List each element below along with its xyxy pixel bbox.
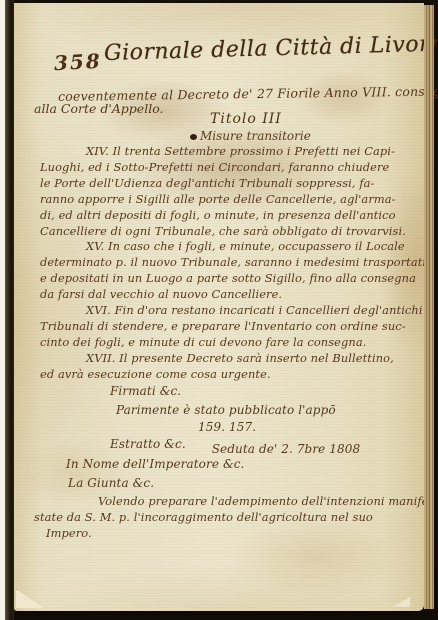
manuscript-line: XV. In caso che i fogli, e minute, occup… xyxy=(40,239,422,255)
manuscript-page: 358 Giornale della Città di Livorno coev… xyxy=(14,3,424,611)
manuscript-line: ranno apporre i Sigilli alle porte delle… xyxy=(40,192,422,208)
book-binding-gutter xyxy=(5,0,14,620)
journal-title: Giornale della Città di Livorno xyxy=(104,31,438,66)
publication-line: Parimente è stato pubblicato l'appō xyxy=(116,403,422,419)
manuscript-photo: 358 Giornale della Città di Livorno coev… xyxy=(0,0,438,620)
session-date-line: Seduta de' 2. 7bre 1808 xyxy=(212,442,361,458)
misure-heading-text: Misure transitorie xyxy=(200,129,311,143)
manuscript-line: XVII. Il presente Decreto sarà inserto n… xyxy=(40,351,422,367)
page-number: 358 xyxy=(53,49,102,75)
manuscript-line: da farsi dal vecchio al nuovo Cancellier… xyxy=(40,287,422,303)
folded-corner-bottom-left xyxy=(16,589,44,608)
closing-line: state da S. M. p. l'incoraggimento dell'… xyxy=(34,510,422,526)
manuscript-line: le Porte dell'Udienza degl'antichi Tribu… xyxy=(40,176,422,192)
manuscript-line: XIV. Il trenta Settembre prossimo i Pref… xyxy=(40,144,422,160)
closing-line: Volendo preparare l'adempimento dell'int… xyxy=(98,494,422,510)
firmati-line: Firmati &c. xyxy=(110,384,422,400)
manuscript-line: Tribunali di stendere, e preparare l'Inv… xyxy=(40,319,422,335)
page-references: 159. 157. xyxy=(198,420,422,436)
manuscript-line: XVI. Fin d'ora restano incaricati i Canc… xyxy=(40,303,422,319)
court-appeal-line: alla Corte d'Appello. xyxy=(34,101,163,116)
invocation-line: In Nome dell'Imperatore &c. xyxy=(66,457,422,473)
misure-heading: Misure transitorie xyxy=(190,129,311,143)
manuscript-line: Cancelliere di ogni Tribunale, che sarà … xyxy=(40,224,422,240)
extract-line: Estratto &c. xyxy=(110,437,186,453)
closing-line: Impero. xyxy=(46,526,422,542)
manuscript-line: di, ed altri depositi di fogli, o minute… xyxy=(40,208,422,224)
giunta-line: La Giunta &c. xyxy=(68,476,422,492)
manuscript-line: cinto dei fogli, e minute di cui devono … xyxy=(40,335,422,351)
manuscript-line: ed avrà esecuzione come cosa urgente. xyxy=(40,367,422,383)
titolo-heading: Titolo III xyxy=(210,111,282,127)
ink-blot xyxy=(190,134,197,140)
manuscript-line: e depositati in un Luogo a parte sotto S… xyxy=(40,271,422,287)
extract-session-row: Estratto &c. Seduta de' 2. 7bre 1808 xyxy=(40,437,422,453)
manuscript-body: XIV. Il trenta Settembre prossimo i Pref… xyxy=(40,144,422,542)
stacked-page-edges xyxy=(424,5,434,609)
manuscript-line: determinato p. il nuovo Tribunale, saran… xyxy=(40,255,422,271)
manuscript-line: Luoghi, ed i Sotto-Prefetti nei Circonda… xyxy=(40,160,422,176)
folded-corner-bottom-right xyxy=(392,597,410,607)
